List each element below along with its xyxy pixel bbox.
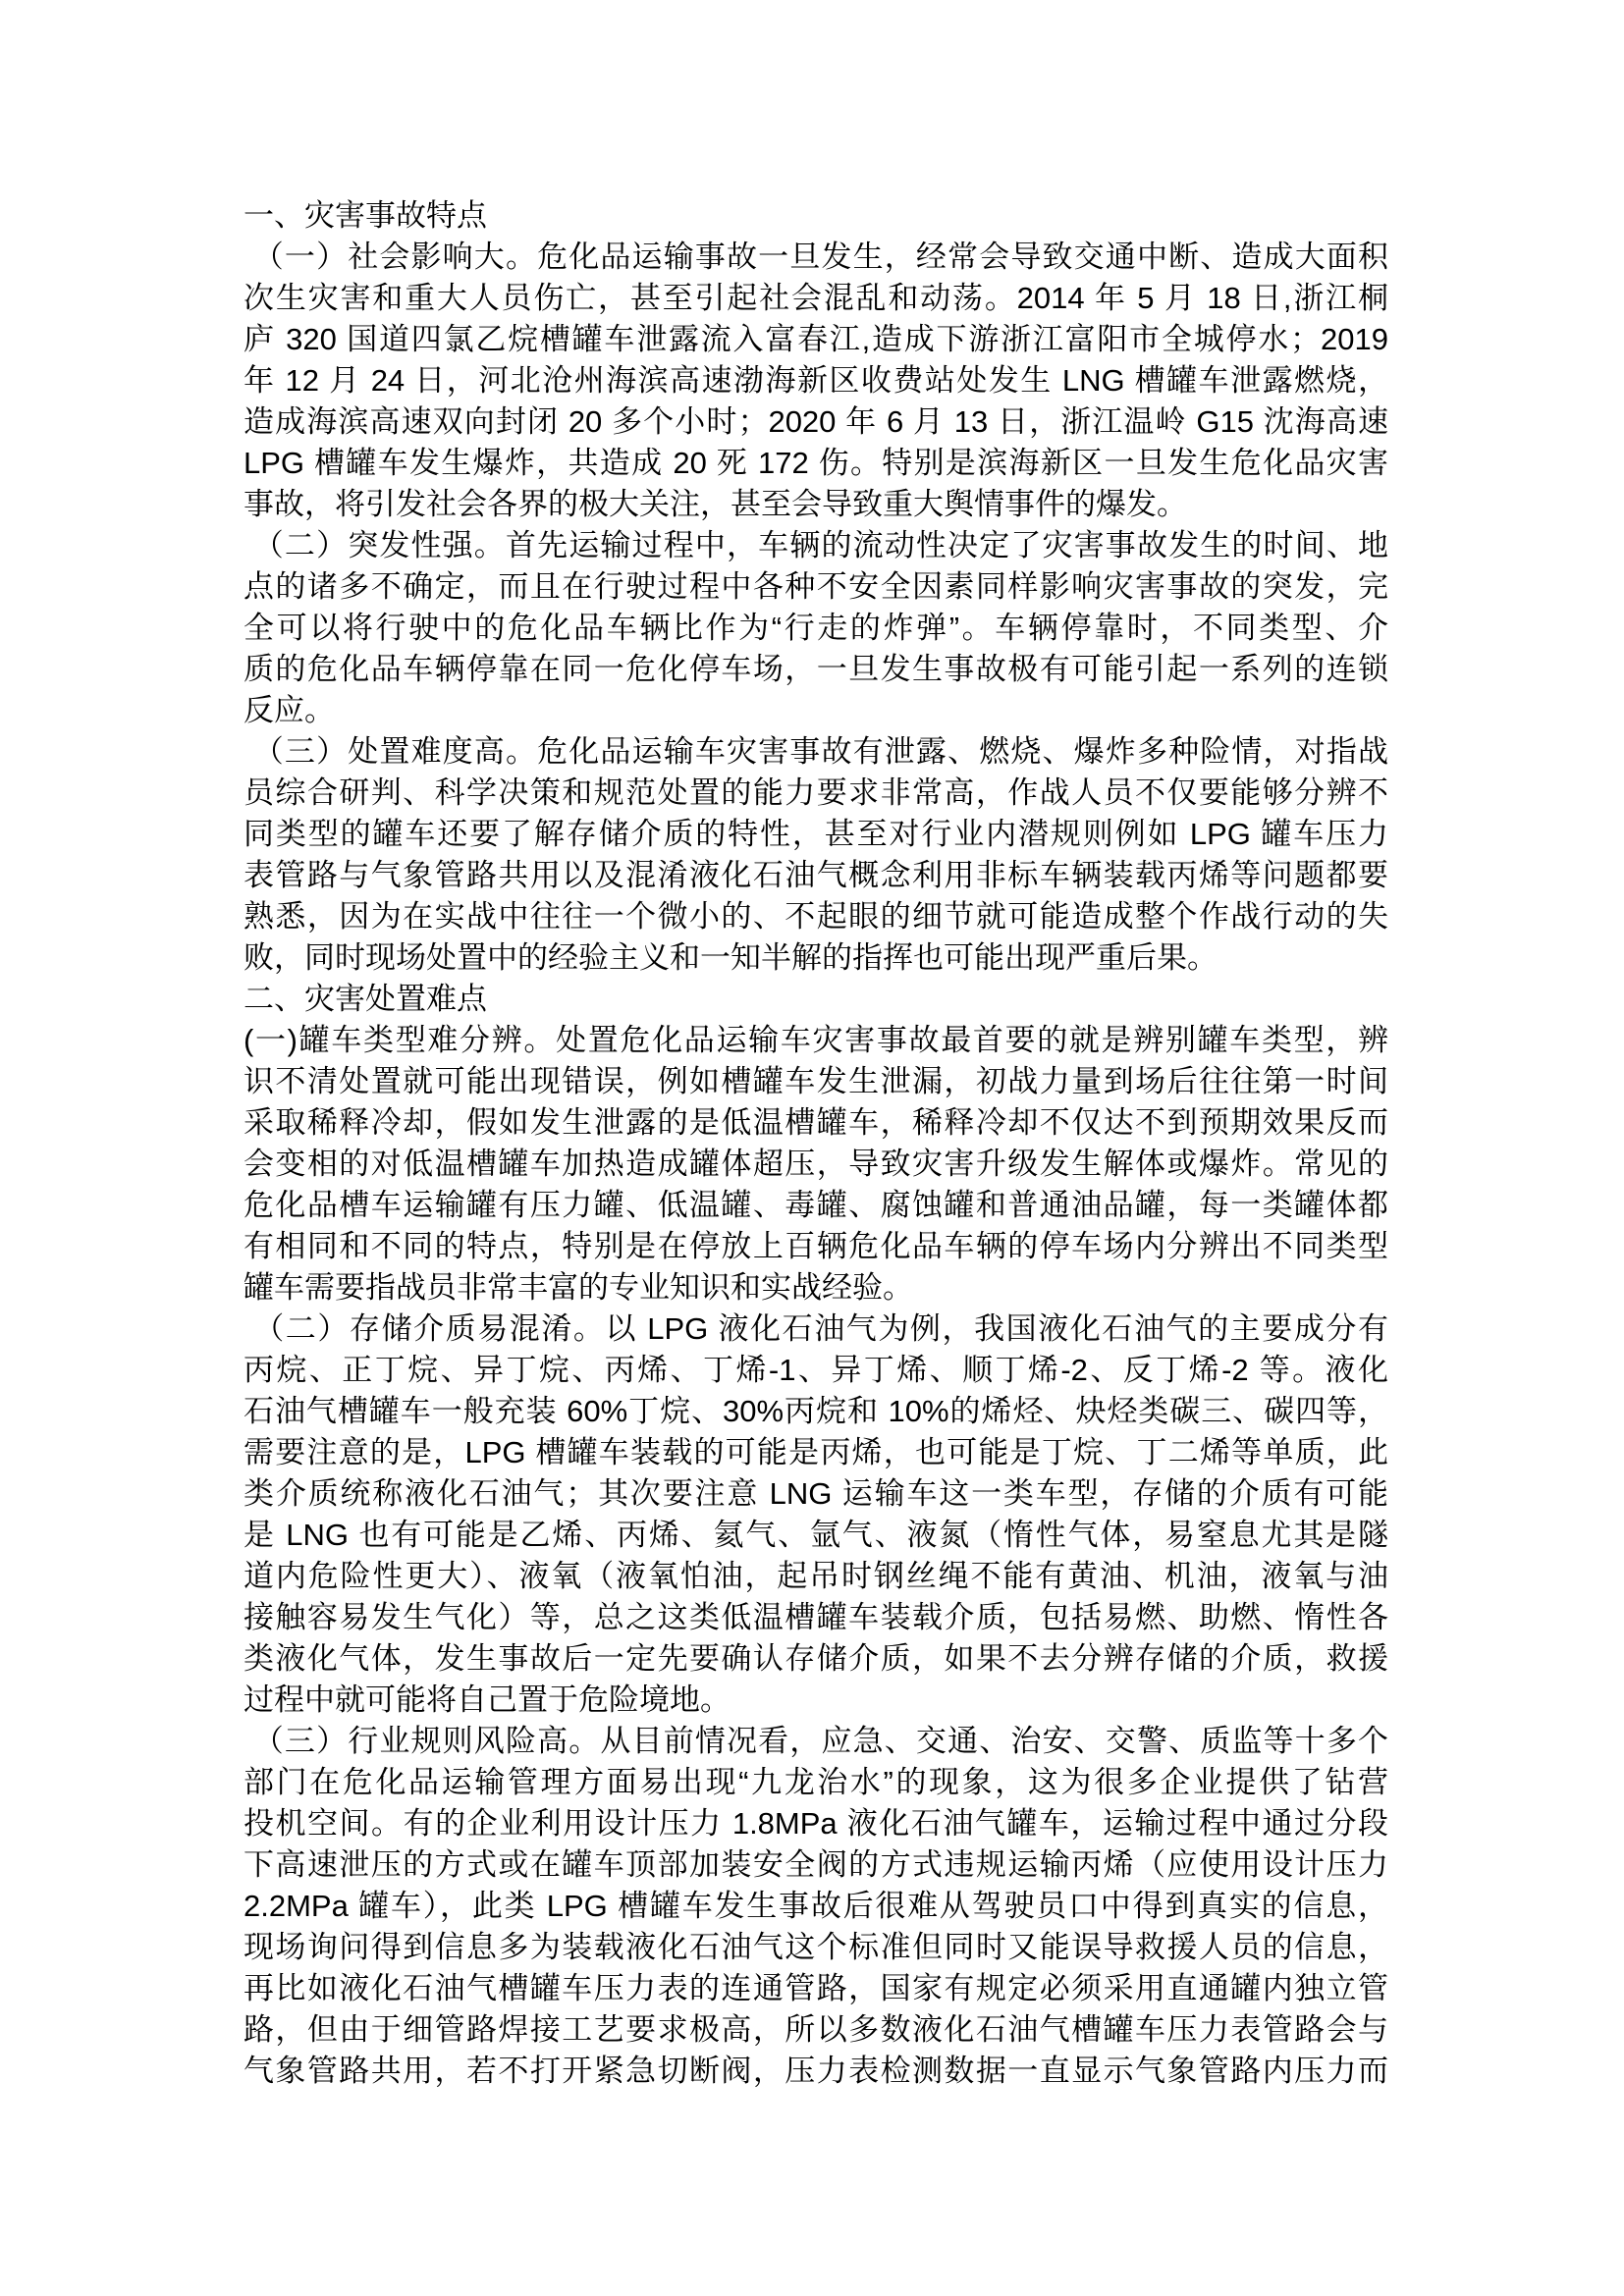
text-line: 丙烷、正丁烷、异丁烷、丙烯、丁烯-1、异丁烯、顺丁烯-2、反丁烯-2 等。液化 — [244, 1350, 1388, 1391]
text-line: 反应。 — [244, 690, 1388, 731]
text-line: 再比如液化石油气槽罐车压力表的连通管路，国家有规定必须采用直通罐内独立管 — [244, 1968, 1388, 2009]
text-line: （二）存储介质易混淆。以 LPG 液化石油气为例，我国液化石油气的主要成分有 — [244, 1308, 1388, 1350]
text-line: 事故，将引发社会各界的极大关注，甚至会导致重大舆情事件的爆发。 — [244, 484, 1388, 525]
text-line: 部门在危化品运输管理方面易出现“九龙治水”的现象，这为很多企业提供了钻营 — [244, 1762, 1388, 1803]
text-line: 年 12 月 24 日，河北沧州海滨高速渤海新区收费站处发生 LNG 槽罐车泄露… — [244, 360, 1388, 401]
text-line: 会变相的对低温槽罐车加热造成罐体超压，导致灾害升级发生解体或爆炸。常见的 — [244, 1144, 1388, 1185]
text-line: （二）突发性强。首先运输过程中，车辆的流动性决定了灾害事故发生的时间、地 — [244, 525, 1388, 566]
text-line: 类介质统称液化石油气；其次要注意 LNG 运输车这一类车型，存储的介质有可能 — [244, 1473, 1388, 1515]
text-line: 罐车需要指战员非常丰富的专业知识和实战经验。 — [244, 1267, 1388, 1308]
text-line: 员综合研判、科学决策和规范处置的能力要求非常高，作战人员不仅要能够分辨不 — [244, 773, 1388, 814]
text-line: （三）处置难度高。危化品运输车灾害事故有泄露、燃烧、爆炸多种险情，对指战 — [244, 731, 1388, 773]
para-1-3-disposal-difficulty: （三）处置难度高。危化品运输车灾害事故有泄露、燃烧、爆炸多种险情，对指战员综合研… — [244, 731, 1388, 979]
text-line: 次生灾害和重大人员伤亡，甚至引起社会混乱和动荡。2014 年 5 月 18 日,… — [244, 278, 1388, 319]
para-2-3-industry-rule-risk: （三）行业规则风险高。从目前情况看，应急、交通、治安、交警、质监等十多个部门在危… — [244, 1721, 1388, 2092]
text-line: 类液化气体，发生事故后一定先要确认存储介质，如果不去分辨存储的介质，救援 — [244, 1638, 1388, 1680]
text-line: 败，同时现场处置中的经验主义和一知半解的指挥也可能出现严重后果。 — [244, 937, 1388, 979]
text-line: 危化品槽车运输罐有压力罐、低温罐、毒罐、腐蚀罐和普通油品罐，每一类罐体都 — [244, 1185, 1388, 1226]
para-2-1-tank-type-identification: (一)罐车类型难分辨。处置危化品运输车灾害事故最首要的就是辨别罐车类型，辨识不清… — [244, 1020, 1388, 1308]
text-line: （一）社会影响大。危化品运输事故一旦发生，经常会导致交通中断、造成大面积 — [244, 237, 1388, 278]
text-line: 造成海滨高速双向封闭 20 多个小时；2020 年 6 月 13 日，浙江温岭 … — [244, 401, 1388, 443]
text-line: 点的诸多不确定，而且在行驶过程中各种不安全因素同样影响灾害事故的突发，完 — [244, 566, 1388, 608]
text-line: 需要注意的是，LPG 槽罐车装载的可能是丙烯，也可能是丁烷、丁二烯等单质，此 — [244, 1432, 1388, 1473]
text-line: LPG 槽罐车发生爆炸，共造成 20 死 172 伤。特别是滨海新区一旦发生危化… — [244, 443, 1388, 484]
text-line: 投机空间。有的企业利用设计压力 1.8MPa 液化石油气罐车，运输过程中通过分段 — [244, 1803, 1388, 1844]
para-1-2-suddenness: （二）突发性强。首先运输过程中，车辆的流动性决定了灾害事故发生的时间、地点的诸多… — [244, 525, 1388, 731]
para-2-2-storage-medium-confusion: （二）存储介质易混淆。以 LPG 液化石油气为例，我国液化石油气的主要成分有丙烷… — [244, 1308, 1388, 1721]
text-line: 2.2MPa 罐车），此类 LPG 槽罐车发生事故后很难从驾驶员口中得到真实的信… — [244, 1886, 1388, 1927]
text-line: 过程中就可能将自己置于危险境地。 — [244, 1680, 1388, 1721]
section-2-heading: 二、灾害处置难点 — [244, 979, 1388, 1020]
text-line: 质的危化品车辆停靠在同一危化停车场，一旦发生事故极有可能引起一系列的连锁 — [244, 649, 1388, 690]
text-line: 二、灾害处置难点 — [244, 979, 1388, 1020]
text-line: 气象管路共用，若不打开紧急切断阀，压力表检测数据一直显示气象管路内压力而 — [244, 2051, 1388, 2092]
text-line: 采取稀释冷却，假如发生泄露的是低温槽罐车，稀释冷却不仅达不到预期效果反而 — [244, 1102, 1388, 1144]
document-page: 一、灾害事故特点 （一）社会影响大。危化品运输事故一旦发生，经常会导致交通中断、… — [0, 0, 1624, 2296]
text-block: 一、灾害事故特点 （一）社会影响大。危化品运输事故一旦发生，经常会导致交通中断、… — [244, 195, 1388, 2092]
section-1-heading: 一、灾害事故特点 — [244, 195, 1388, 237]
text-line: 表管路与气象管路共用以及混淆液化石油气概念利用非标车辆装载丙烯等问题都要 — [244, 855, 1388, 896]
text-line: 庐 320 国道四氯乙烷槽罐车泄露流入富春江,造成下游浙江富阳市全城停水；201… — [244, 319, 1388, 360]
text-line: (一)罐车类型难分辨。处置危化品运输车灾害事故最首要的就是辨别罐车类型，辨 — [244, 1020, 1388, 1061]
text-line: 现场询问得到信息多为装载液化石油气这个标准但同时又能误导救援人员的信息， — [244, 1927, 1388, 1968]
text-line: 接触容易发生气化）等，总之这类低温槽罐车装载介质，包括易燃、助燃、惰性各 — [244, 1597, 1388, 1638]
text-line: 石油气槽罐车一般充装 60%丁烷、30%丙烷和 10%的烯烃、炔烃类碳三、碳四等… — [244, 1391, 1388, 1432]
text-line: 下高速泄压的方式或在罐车顶部加装安全阀的方式违规运输丙烯（应使用设计压力 — [244, 1844, 1388, 1886]
text-line: 同类型的罐车还要了解存储介质的特性，甚至对行业内潜规则例如 LPG 罐车压力 — [244, 814, 1388, 855]
text-line: 识不清处置就可能出现错误，例如槽罐车发生泄漏，初战力量到场后往往第一时间 — [244, 1061, 1388, 1102]
text-line: 路，但由于细管路焊接工艺要求极高，所以多数液化石油气槽罐车压力表管路会与 — [244, 2009, 1388, 2051]
para-1-1-social-impact: （一）社会影响大。危化品运输事故一旦发生，经常会导致交通中断、造成大面积次生灾害… — [244, 237, 1388, 525]
text-line: 有相同和不同的特点，特别是在停放上百辆危化品车辆的停车场内分辨出不同类型 — [244, 1226, 1388, 1267]
text-line: 熟悉，因为在实战中往往一个微小的、不起眼的细节就可能造成整个作战行动的失 — [244, 896, 1388, 937]
text-line: 是 LNG 也有可能是乙烯、丙烯、氦气、氩气、液氮（惰性气体，易窒息尤其是隧 — [244, 1515, 1388, 1556]
text-line: （三）行业规则风险高。从目前情况看，应急、交通、治安、交警、质监等十多个 — [244, 1721, 1388, 1762]
text-line: 一、灾害事故特点 — [244, 195, 1388, 237]
text-line: 道内危险性更大）、液氧（液氧怕油，起吊时钢丝绳不能有黄油、机油，液氧与油 — [244, 1556, 1388, 1597]
text-line: 全可以将行驶中的危化品车辆比作为“行走的炸弹”。车辆停靠时，不同类型、介 — [244, 608, 1388, 649]
